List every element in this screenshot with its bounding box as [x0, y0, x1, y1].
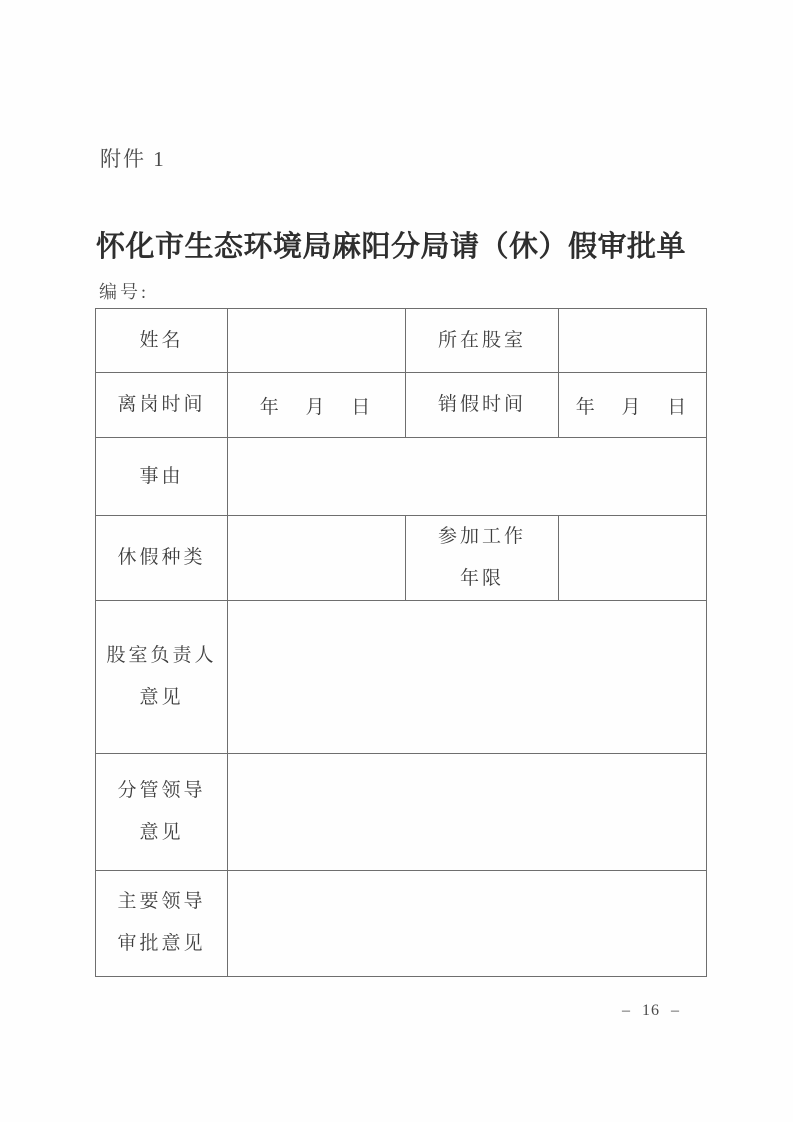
table-row-reason: 事由 [96, 438, 707, 516]
return-time-value-cell: 年 月 日 [559, 373, 707, 438]
deputy-leader-opinion-label: 分管领导 意见 [96, 753, 228, 870]
attachment-label: 附件 1 [100, 143, 166, 173]
leave-type-label: 休假种类 [96, 516, 228, 601]
table-row-leave-type: 休假种类 参加工作 年限 [96, 516, 707, 601]
work-years-label: 参加工作 年限 [406, 516, 559, 601]
page-number: – 16 – [622, 1002, 680, 1020]
leave-time-value-cell: 年 月 日 [228, 373, 406, 438]
main-leader-opinion-value-cell [228, 870, 707, 976]
office-value-cell [559, 309, 707, 373]
table-row-main-leader-opinion: 主要领导 审批意见 [96, 870, 707, 976]
leave-approval-form-table: 姓名 所在股室 离岗时间 年 月 日 销假时间 年 月 日 事由 休假种类 参加… [95, 308, 707, 977]
table-row-name-office: 姓名 所在股室 [96, 309, 707, 373]
work-years-value-cell [559, 516, 707, 601]
table-row-times: 离岗时间 年 月 日 销假时间 年 月 日 [96, 373, 707, 438]
leave-time-label: 离岗时间 [96, 373, 228, 438]
reason-value-cell [228, 438, 707, 516]
name-label: 姓名 [96, 309, 228, 373]
main-leader-opinion-label: 主要领导 审批意见 [96, 870, 228, 976]
name-value-cell [228, 309, 406, 373]
section-head-opinion-value-cell [228, 600, 707, 753]
return-time-label: 销假时间 [406, 373, 559, 438]
page-title: 怀化市生态环境局麻阳分局请（休）假审批单 [96, 224, 716, 265]
table-row-deputy-leader-opinion: 分管领导 意见 [96, 753, 707, 870]
scanned-document-page: 附件 1 怀化市生态环境局麻阳分局请（休）假审批单 编号: 姓名 所在股室 离岗… [0, 0, 793, 1122]
serial-number-label: 编号: [99, 278, 149, 304]
leave-type-value-cell [228, 516, 406, 601]
table-row-section-head-opinion: 股室负责人 意见 [96, 600, 707, 753]
deputy-leader-opinion-value-cell [228, 753, 707, 870]
reason-label: 事由 [96, 438, 228, 516]
section-head-opinion-label: 股室负责人 意见 [96, 600, 228, 753]
office-label: 所在股室 [406, 309, 559, 373]
